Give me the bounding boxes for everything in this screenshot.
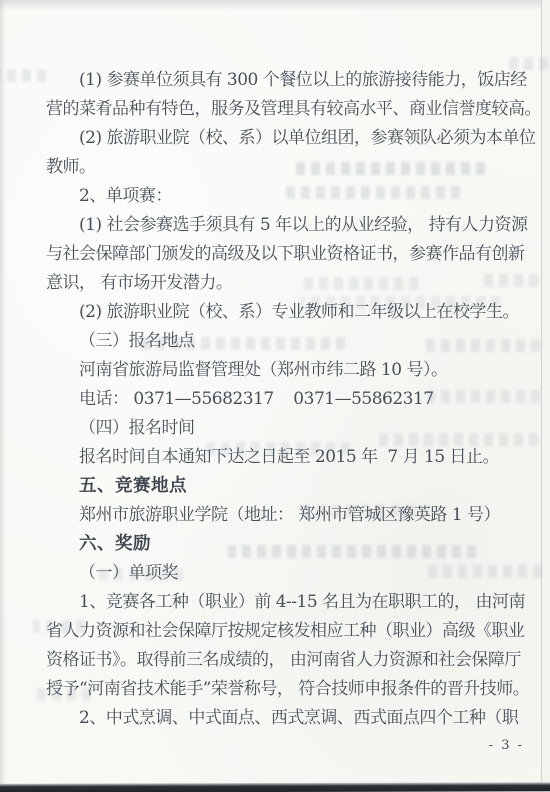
text-line: (2) 旅游职业院（校、系）以单位组团，参赛领队必须为本单位 [46,124,508,153]
text-line: 与社会保障部门颁发的高级及以下职业资格证书，参赛作品有创新 [46,240,508,269]
text-line: 1、竞赛各工种（职业）前 4--15 名且为在职职工的， 由河南 [46,588,508,617]
scan-edge-bottom [0,782,550,792]
text-line: 营的菜肴品种有特色，服务及管理具有较高水平、商业信誉度较高。 [46,95,508,124]
scanned-page: (1) 参赛单位须具有 300 个餐位以上的旅游接待能力，饭店经营的菜肴品种有特… [0,0,550,792]
text-line: 资格证书》。取得前三名成绩的， 由河南省人力资源和社会保障厅 [46,646,508,675]
text-line: (2) 旅游职业院（校、系）专业教师和二年级以上在校学生。 [46,298,508,327]
scan-edge-left [0,0,6,792]
text-line: 意识， 有市场开发潜力。 [46,269,508,298]
text-line: (1) 参赛单位须具有 300 个餐位以上的旅游接待能力，饭店经 [46,66,508,95]
text-line: （一）单项奖 [46,559,508,588]
text-line: 2、单项赛： [46,182,508,211]
text-line: 河南省旅游局监督管理处（郑州市纬二路 10 号）。 [46,356,508,385]
scan-edge-right [541,0,550,792]
text-line: 五、竞赛地点 [46,472,508,501]
text-line: 授予“河南省技术能手”荣誉称号， 符合技师申报条件的晋升技师。 [46,675,508,704]
page-number: - 3 - [489,738,524,753]
scan-edge-top [0,0,550,10]
text-line: （四）报名时间 [46,414,508,443]
text-line: (1) 社会参赛选手须具有 5 年以上的从业经验， 持有人力资源 [46,211,508,240]
text-line: 报名时间自本通知下达之日起至 2015 年 7 月 15 日止。 [46,443,508,472]
text-line: 六、奖励 [46,530,508,559]
text-line: 电话： 0371—55682317 0371—55862317 [46,385,508,414]
bleedthrough-mark [0,69,46,82]
text-line: 郑州市旅游职业学院（地址： 郑州市管城区豫英路 1 号） [46,501,508,530]
text-line: 2、中式烹调、中式面点、西式烹调、西式面点四个工种（职 [46,704,508,733]
text-line: 教师。 [46,153,508,182]
document-body: (1) 参赛单位须具有 300 个餐位以上的旅游接待能力，饭店经营的菜肴品种有特… [46,66,508,733]
text-line: （三）报名地点 [46,327,508,356]
text-line: 省人力资源和社会保障厅按规定核发相应工种（职业）高级《职业 [46,617,508,646]
